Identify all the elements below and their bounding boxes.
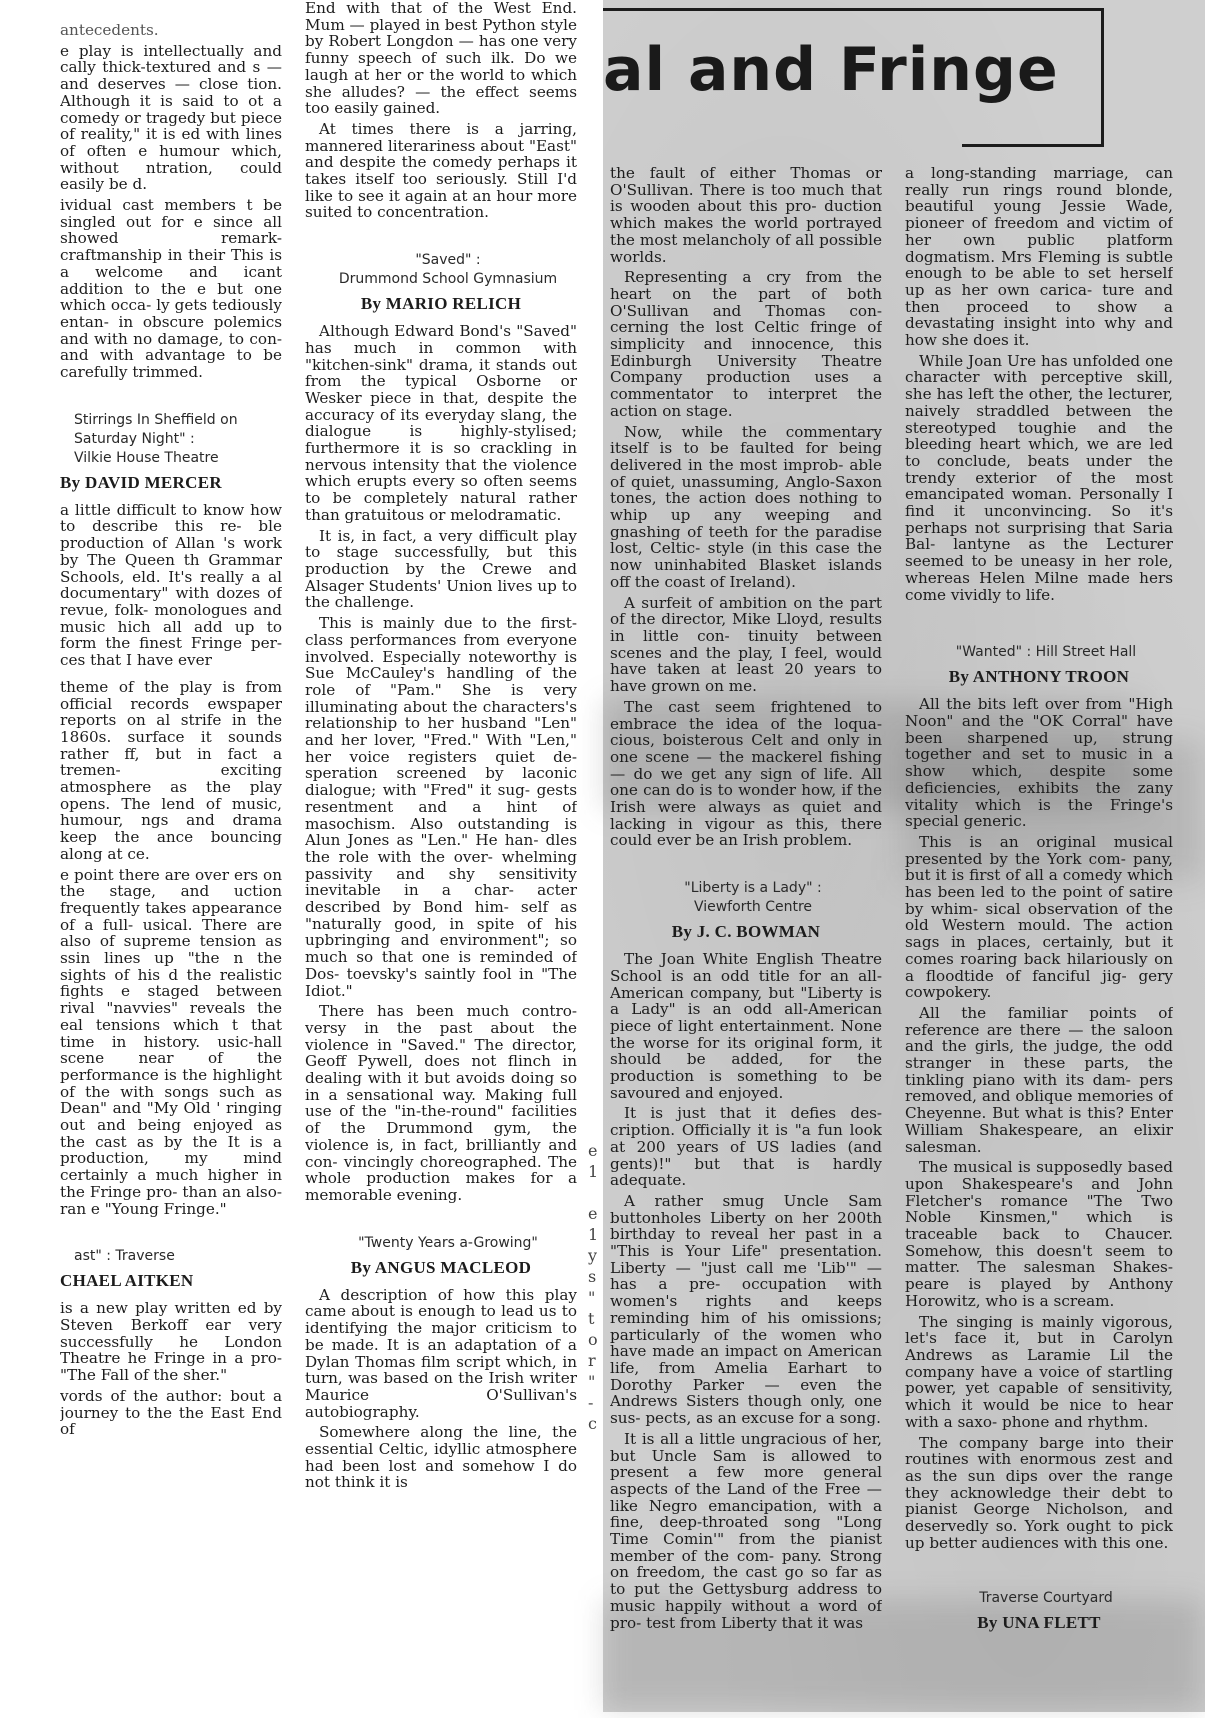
article-paragraph: e point there are over ers on the stage,… bbox=[60, 867, 282, 1218]
article-paragraph: Now, while the commentary itself is to b… bbox=[610, 424, 882, 591]
column-4: a long-standing marriage, can really run… bbox=[905, 165, 1173, 1642]
review-twenty-years: "Twenty Years a-Growing" By ANGUS MACLEO… bbox=[305, 1234, 577, 1491]
review-traverse-courtyard: Traverse Courtyard By UNA FLETT bbox=[905, 1589, 1173, 1634]
article-paragraph: theme of the play is from official recor… bbox=[60, 679, 282, 863]
review-caption: Saturday Night" : bbox=[60, 430, 282, 449]
column-1: antecedents. e play is intellectually an… bbox=[60, 22, 282, 1442]
cut-off-column-fragment: e 1 e 1 y s " t o r " - c bbox=[588, 1140, 602, 1434]
page-headline: al and Fringe bbox=[603, 30, 1103, 110]
article-paragraph: It is all a little ungracious of her, bu… bbox=[610, 1431, 882, 1631]
article-paragraph: a long-standing marriage, can really run… bbox=[905, 165, 1173, 349]
review-byline: CHAEL AITKEN bbox=[60, 1270, 282, 1292]
article-paragraph: There has been much contro- versy in the… bbox=[305, 1003, 577, 1203]
review-caption: ast" : Traverse bbox=[60, 1247, 282, 1266]
review-sheffield: Stirrings In Sheffield on Saturday Night… bbox=[60, 411, 282, 1218]
article-paragraph: While Joan Ure has unfolded one characte… bbox=[905, 353, 1173, 604]
article-paragraph: Although Edward Bond's "Saved" has much … bbox=[305, 323, 577, 523]
review-byline: By J. C. BOWMAN bbox=[610, 921, 882, 943]
review-byline: By MARIO RELICH bbox=[305, 293, 577, 315]
review-caption: Viewforth Centre bbox=[610, 898, 882, 917]
article-paragraph: All the familiar points of reference are… bbox=[905, 1005, 1173, 1155]
review-byline: By ANTHONY TROON bbox=[905, 666, 1173, 688]
review-caption: Traverse Courtyard bbox=[905, 1589, 1173, 1608]
article-paragraph: This is an original musical presented by… bbox=[905, 834, 1173, 1001]
article-paragraph: ividual cast members t be singled out fo… bbox=[60, 197, 282, 381]
review-byline: By ANGUS MACLEOD bbox=[305, 1257, 577, 1279]
review-caption: "Wanted" : Hill Street Hall bbox=[905, 643, 1173, 662]
review-east: ast" : Traverse CHAEL AITKEN is a new pl… bbox=[60, 1247, 282, 1438]
article-paragraph: A description of how this play came abou… bbox=[305, 1287, 577, 1421]
article-paragraph: All the bits left over from "High Noon" … bbox=[905, 696, 1173, 830]
article-paragraph: a little difficult to know how to descri… bbox=[60, 502, 282, 669]
article-paragraph: The Joan White English Theatre School is… bbox=[610, 951, 882, 1101]
article-paragraph: This is mainly due to the first-class pe… bbox=[305, 615, 577, 999]
article-paragraph: is a new play written ed by Steven Berko… bbox=[60, 1300, 282, 1384]
review-caption: "Liberty is a Lady" : bbox=[610, 879, 882, 898]
article-paragraph: A surfeit of ambition on the part of the… bbox=[610, 595, 882, 695]
review-caption: Vilkie House Theatre bbox=[60, 449, 282, 468]
article-paragraph: The cast seem frightened to embrace the … bbox=[610, 699, 882, 849]
article-paragraph: Somewhere along the line, the essential … bbox=[305, 1424, 577, 1491]
article-paragraph: The company barge into their routines wi… bbox=[905, 1435, 1173, 1552]
review-caption: "Saved" : bbox=[305, 251, 577, 270]
article-paragraph: It is, in fact, a very difficult play to… bbox=[305, 528, 577, 612]
article-paragraph: At times there is a jarring, mannered li… bbox=[305, 121, 577, 221]
article-paragraph: e play is intellectually and cally thick… bbox=[60, 43, 282, 193]
article-paragraph: vords of the author: bout a journey to t… bbox=[60, 1388, 282, 1438]
article-paragraph: The musical is supposedly based upon Sha… bbox=[905, 1159, 1173, 1309]
article-paragraph: End with that of the West End. Mum — pla… bbox=[305, 0, 577, 117]
article-paragraph: A rather smug Uncle Sam buttonholes Libe… bbox=[610, 1193, 882, 1427]
review-caption: "Twenty Years a-Growing" bbox=[305, 1234, 577, 1253]
headline-box-rule bbox=[962, 144, 1104, 147]
review-saved: "Saved" : Drummond School Gymnasium By M… bbox=[305, 251, 577, 1204]
article-paragraph: antecedents. bbox=[60, 22, 282, 39]
article-paragraph: The singing is mainly vigorous, let's fa… bbox=[905, 1314, 1173, 1431]
review-liberty: "Liberty is a Lady" : Viewforth Centre B… bbox=[610, 879, 882, 1631]
review-caption: Drummond School Gymnasium bbox=[305, 270, 577, 289]
column-3: the fault of either Thomas or O'Sullivan… bbox=[610, 165, 882, 1635]
article-paragraph: Representing a cry from the heart on the… bbox=[610, 269, 882, 419]
review-wanted: "Wanted" : Hill Street Hall By ANTHONY T… bbox=[905, 643, 1173, 1551]
review-byline: By UNA FLETT bbox=[905, 1612, 1173, 1634]
article-paragraph: the fault of either Thomas or O'Sullivan… bbox=[610, 165, 882, 265]
column-2: End with that of the West End. Mum — pla… bbox=[305, 0, 577, 1495]
review-byline: By DAVID MERCER bbox=[60, 472, 282, 494]
review-caption: Stirrings In Sheffield on bbox=[60, 411, 282, 430]
article-paragraph: It is just that it defies des- cription.… bbox=[610, 1105, 882, 1189]
